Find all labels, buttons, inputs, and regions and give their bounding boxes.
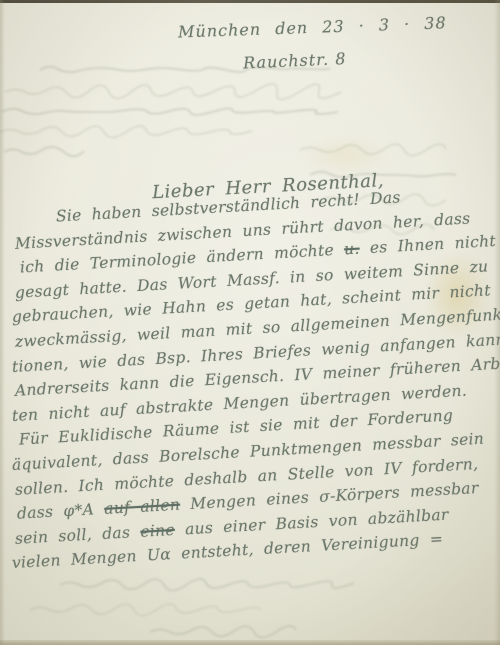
scan-edge-left	[0, 0, 5, 645]
address-line: Rauchstr. 8	[243, 47, 404, 73]
scan-edge-top	[0, 0, 500, 3]
letter-body: Sie haben selbstverständlich recht! DasM…	[12, 207, 494, 576]
scan-edge-bottom	[0, 640, 500, 645]
scan-edge-right	[494, 0, 500, 645]
place-date-line: München den 23 · 3 · 38	[178, 13, 439, 41]
letter-page: München den 23 · 3 · 38 Rauchstr. 8 Lieb…	[0, 0, 500, 645]
paper-stain-faint	[300, 135, 390, 175]
